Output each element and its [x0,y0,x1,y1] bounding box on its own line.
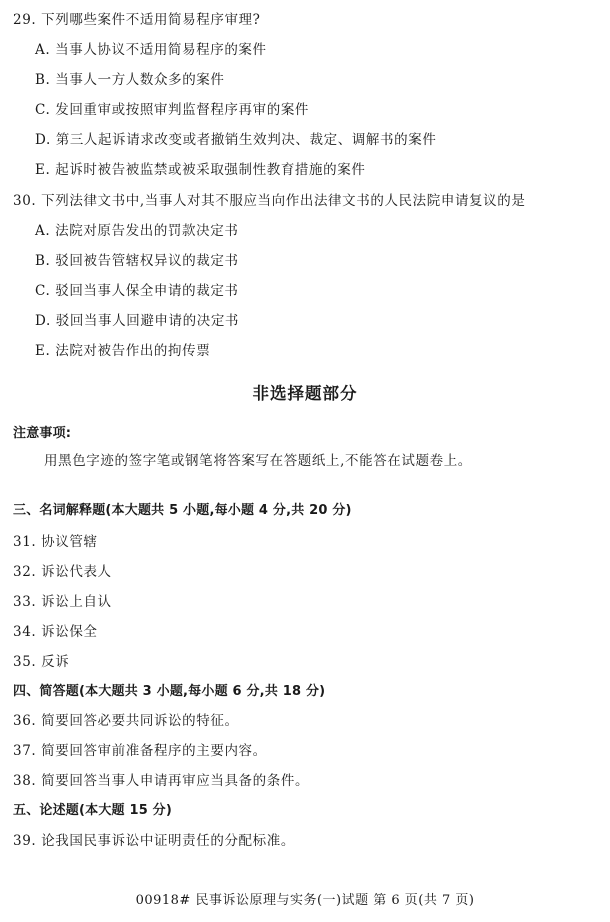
question-30-option-a: A. 法院对原告发出的罚款决定书 [35,222,238,240]
question-33: 33. 诉讼上自认 [13,593,112,611]
question-36: 36. 简要回答必要共同诉讼的特征。 [13,712,239,730]
question-35: 35. 反诉 [13,653,69,671]
question-30-option-c: C. 驳回当事人保全申请的裁定书 [35,282,239,300]
question-29-option-e: E. 起诉时被告被监禁或被采取强制性教育措施的案件 [35,161,365,179]
question-30-stem: 30. 下列法律文书中,当事人对其不服应当向作出法律文书的人民法院申请复议的是 [13,192,525,210]
part-title: 非选择题部分 [0,383,610,405]
notice-text: 用黑色字迹的签字笔或钢笔将答案写在答题纸上,不能答在试题卷上。 [44,452,472,470]
section-4-heading: 四、简答题(本大题共 3 小题,每小题 6 分,共 18 分) [13,683,325,701]
question-29-option-a: A. 当事人协议不适用简易程序的案件 [35,41,267,59]
question-29-stem: 29. 下列哪些案件不适用简易程序审理? [13,11,261,29]
question-29-option-d: D. 第三人起诉请求改变或者撤销生效判决、裁定、调解书的案件 [35,131,436,149]
notice-heading: 注意事项: [13,425,71,443]
question-38: 38. 简要回答当事人申请再审应当具备的条件。 [13,772,309,790]
question-30-option-d: D. 驳回当事人回避申请的决定书 [35,312,239,330]
question-39: 39. 论我国民事诉讼中证明责任的分配标准。 [13,832,295,850]
question-37: 37. 简要回答审前准备程序的主要内容。 [13,742,267,760]
question-34: 34. 诉讼保全 [13,623,98,641]
section-3-heading: 三、名词解释题(本大题共 5 小题,每小题 4 分,共 20 分) [13,502,352,520]
question-30-option-b: B. 驳回被告管辖权异议的裁定书 [35,252,239,270]
section-5-heading: 五、论述题(本大题 15 分) [13,802,172,820]
question-31: 31. 协议管辖 [13,533,98,551]
question-29-option-b: B. 当事人一方人数众多的案件 [35,71,225,89]
question-29-option-c: C. 发回重审或按照审判监督程序再审的案件 [35,101,309,119]
question-30-option-e: E. 法院对被告作出的拘传票 [35,342,210,360]
question-32: 32. 诉讼代表人 [13,563,112,581]
page-footer: 00918# 民事诉讼原理与实务(一)试题 第 6 页(共 7 页) [0,892,610,910]
